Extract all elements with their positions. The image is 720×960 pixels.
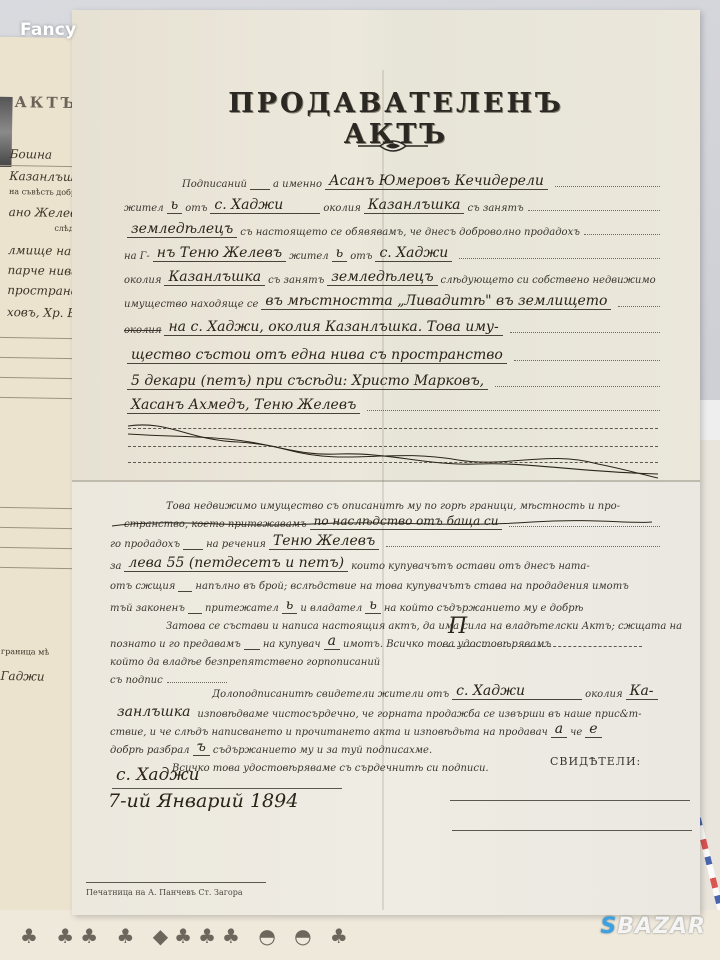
seller-signature-mark: П	[448, 614, 467, 639]
signing-date: 7-ий Январий 1894	[108, 790, 298, 812]
property-size-neighbors: 5 декари (петъ) при съсѣди: Христо Марко…	[127, 373, 488, 390]
printed-text: отъ	[185, 203, 207, 214]
printed-text: имущество находяще се	[124, 299, 258, 310]
watermark-bazar: SBAZAR	[600, 914, 706, 939]
left-handwriting: Гаджи	[0, 669, 44, 684]
printed-text: съ занятъ	[268, 275, 324, 286]
printed-text: околия	[323, 203, 360, 214]
buyer-occupation: земледѣлецъ	[327, 269, 437, 286]
property-description: щество състои отъ една нива съ пространс…	[127, 347, 507, 364]
horizontal-fold	[72, 480, 700, 482]
handwritten-text: ь	[332, 245, 348, 262]
deed-line-8: щество състои отъ една нива съ пространс…	[72, 340, 700, 364]
deed-line-9: 5 декари (петъ) при съсѣди: Христо Марко…	[72, 366, 700, 390]
seller-occupation: земледѣлецъ	[127, 221, 237, 238]
deed-lower-line-3: го продадохъ на речения Теню Желевъ	[72, 526, 700, 550]
witness-signature-line	[452, 830, 692, 831]
deed-line-7: околия на с. Хаджи, околия Казанлъшка. Т…	[72, 312, 700, 336]
sale-deed-document: ПРОДАВАТЕЛЕНЪ АКТЪ Подписаний а именно А…	[72, 10, 700, 915]
printed-text: съ настоящето се обявявамъ, че днесъ доб…	[240, 227, 580, 238]
printed-text: околия	[124, 325, 161, 336]
deed-line-4: на Г- нъ Теню Желевъ жител ь отъ с. Хадж…	[72, 238, 700, 262]
property-neighbors: Хасанъ Ахмедъ, Теню Желевъ	[127, 397, 360, 414]
deed-line-10: Хасанъ Ахмедъ, Теню Желевъ	[72, 390, 700, 414]
witnesses-heading: СВИДѢТЕЛИ:	[550, 755, 641, 768]
printed-text: а именно	[273, 179, 322, 190]
watermark-fancy: Fancy	[20, 20, 76, 40]
printed-text: околия	[124, 275, 161, 286]
left-printed: граница мѣ	[1, 647, 49, 657]
handwritten-text: ь	[167, 197, 183, 214]
deed-line-5: околия Казанлъшка съ занятъ земледѣлецъ …	[72, 262, 700, 286]
deed-line-2: жител ь отъ с. Хаджи околия Казанлъшка с…	[72, 190, 700, 214]
left-sheet-title: АКТЪ	[14, 93, 78, 112]
deed-lower-line-5: отъ сжщия напълно въ брой; вслѣдствие на…	[72, 568, 700, 592]
witness-signature-line	[450, 800, 690, 801]
seller-signature-line	[442, 646, 642, 647]
property-location: въ мѣстността „Ливадитѣ" въ землището	[261, 293, 611, 310]
deed-line-6: имущество находяще се въ мѣстността „Лив…	[72, 286, 700, 310]
printed-text: жител	[289, 251, 329, 262]
printed-text: жител	[124, 203, 164, 214]
buyer-village: с. Хаджи	[375, 245, 452, 262]
place-line	[112, 788, 342, 789]
signing-place: с. Хаджи	[116, 765, 200, 785]
printed-text: отъ	[350, 251, 372, 262]
printer-imprint: Печатница на А. Панчевъ Ст. Загора	[86, 888, 243, 897]
deed-line-1: Подписаний а именно Асанъ Юмеровъ Кечиде…	[72, 166, 700, 190]
seller-district: Казанлъшка	[364, 197, 465, 214]
printed-text: Всичко това удостовѣрявамe съ сърдечнитѣ…	[172, 763, 489, 774]
printed-text: слѣдующето си собствено недвижимо	[441, 275, 656, 286]
title-ornament-icon	[358, 136, 428, 156]
seller-village: с. Хаджи	[210, 197, 320, 214]
ornament-border: ♣ ♣♣ ♣ ◆♣♣♣ ◓ ◓ ♣	[20, 924, 354, 948]
printed-text: на Г-	[124, 251, 150, 262]
printer-rule	[86, 882, 266, 883]
strikethrough-scribble	[128, 420, 658, 480]
printed-text: съ занятъ	[467, 203, 523, 214]
left-handwriting: парче нива	[7, 263, 78, 278]
buyer-district: Казанлъшка	[164, 269, 265, 286]
buyer-name: нъ Теню Желевъ	[153, 245, 286, 262]
printed-text: Подписаний	[182, 179, 247, 190]
deed-line-3: земледѣлецъ съ настоящето се обявявамъ, …	[72, 214, 700, 238]
property-description: на с. Хаджи, околия Казанлъшка. Това иму…	[164, 319, 502, 336]
left-handwriting: Бошна	[10, 147, 53, 162]
seller-name: Асанъ Юмеровъ Кечидерели	[325, 173, 548, 190]
